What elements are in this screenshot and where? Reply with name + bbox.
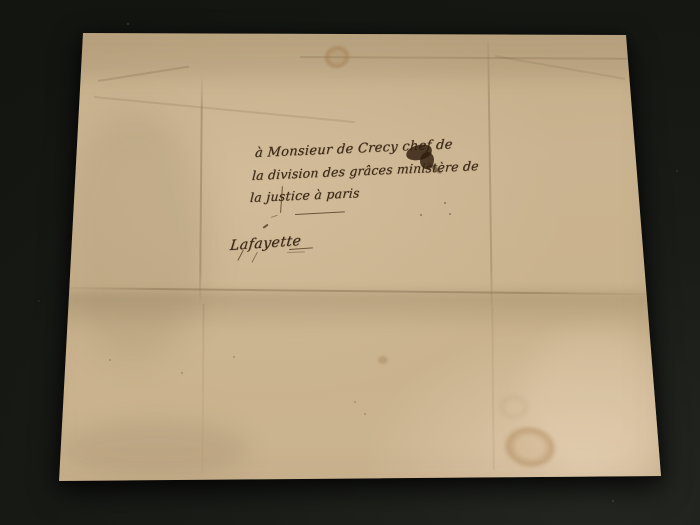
signature-flourish-return bbox=[287, 251, 305, 253]
ink-spatter bbox=[420, 214, 422, 216]
letter-paper: à Monsieur de Crecy chef de la division … bbox=[0, 0, 700, 525]
stain-bottom-right-faint bbox=[496, 392, 532, 422]
fox-spot bbox=[109, 359, 111, 361]
fox-spot bbox=[181, 372, 183, 374]
ink-spatter bbox=[449, 213, 451, 215]
fold-crease-vertical-right bbox=[487, 42, 493, 308]
paper-mottle bbox=[60, 420, 250, 480]
pen-tick bbox=[271, 215, 278, 219]
signature-descender-tick bbox=[251, 252, 258, 263]
signature-flourish bbox=[289, 247, 313, 250]
fold-crease-vertical-right-lower bbox=[491, 308, 494, 470]
fox-spot bbox=[233, 356, 235, 358]
address-line-2: la division des grâces ministère de bbox=[252, 158, 480, 183]
fox-spot bbox=[354, 401, 356, 403]
underline-paris bbox=[295, 211, 345, 215]
paper-mottle bbox=[60, 110, 210, 360]
stain-center-small bbox=[378, 356, 388, 364]
paper-drop-shadow: à Monsieur de Crecy chef de la division … bbox=[0, 0, 700, 525]
fox-spot bbox=[364, 413, 366, 415]
ink-spatter bbox=[444, 202, 446, 204]
address-line-3: la justice à paris bbox=[250, 185, 361, 205]
signature-accent bbox=[263, 224, 269, 229]
